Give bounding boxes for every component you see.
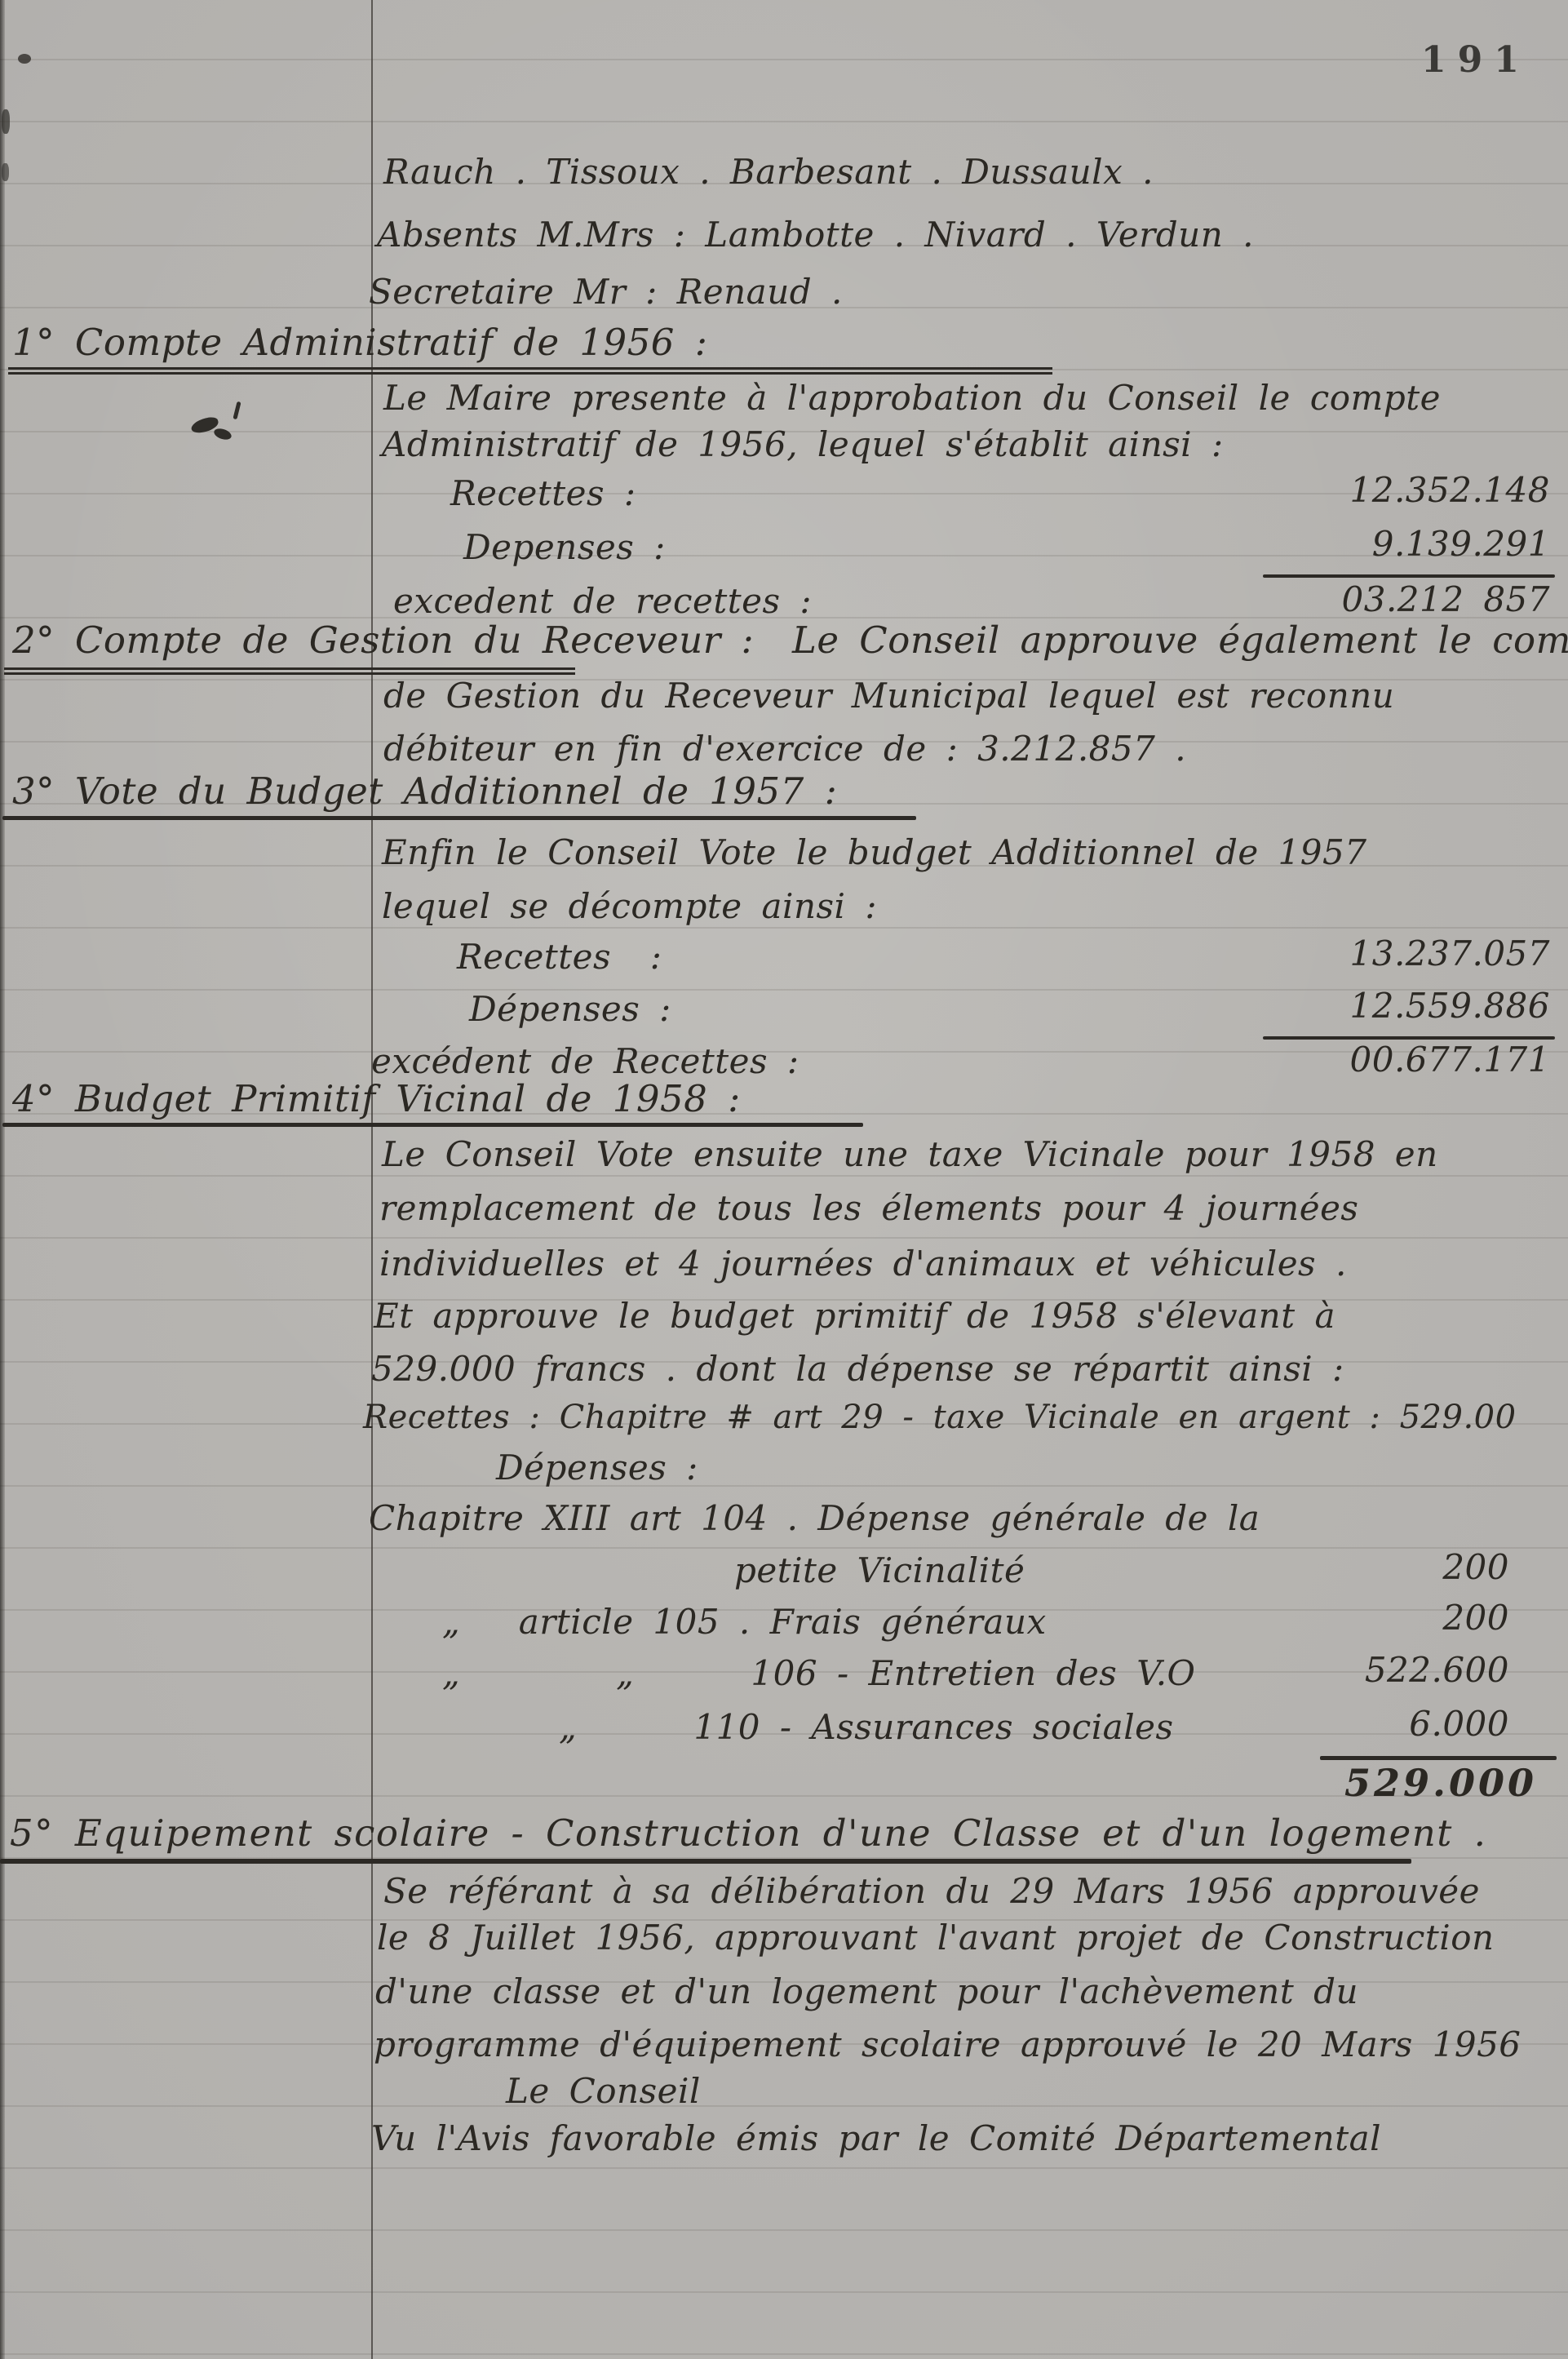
section-4-line: Le Conseil Vote ensuite une taxe Vicinal… xyxy=(382,1136,1438,1173)
ink-mark xyxy=(233,401,241,420)
section-2-heading: 2° Compte de Gestion du Receveur : Le Co… xyxy=(12,620,1568,661)
section-4-line: Et approuve le budget primitif de 1958 s… xyxy=(374,1297,1335,1335)
s4-recettes-line: Recettes : Chapitre # art 29 - taxe Vici… xyxy=(363,1399,1517,1435)
section-5-line: Se référant à sa délibération du 29 Mars… xyxy=(383,1873,1480,1910)
section-5-line: Vu l'Avis favorable émis par le Comité D… xyxy=(371,2120,1381,2157)
section-3-line: lequel se décompte ainsi : xyxy=(382,888,877,925)
s4-row-entretien: „ „ 106 - Entretien des V.O xyxy=(442,1655,1196,1692)
section-2-heading-title: 2° Compte de Gestion du Receveur : xyxy=(12,619,754,662)
section-2-heading-continuation: Le Conseil approuve également le compte xyxy=(792,619,1568,662)
page-number: 191 xyxy=(1421,41,1530,80)
s4-total-value: 529.000 xyxy=(1344,1763,1537,1804)
s4-row-frais-generaux: „ article 105 . Frais généraux xyxy=(442,1603,1047,1641)
section-5-line: Le Conseil xyxy=(506,2073,701,2110)
s1-depenses-value: 9.139.291 xyxy=(1248,525,1550,563)
ledger-page: 191 Rauch . Tissoux . Barbesant . Dussau… xyxy=(0,0,1568,2359)
section-4-line: individuelles et 4 journées d'animaux et… xyxy=(379,1245,1347,1283)
section-1-underline xyxy=(8,367,1052,375)
s3-recettes-label: Recettes : xyxy=(457,938,662,976)
section-5-underline xyxy=(0,1859,1411,1864)
s4-value: 6.000 xyxy=(1256,1705,1509,1743)
secretary-line: Secretaire Mr : Renaud . xyxy=(369,273,843,311)
present-members-line: Rauch . Tissoux . Barbesant . Dussaulx . xyxy=(383,153,1154,191)
section-5-heading: 5° Equipement scolaire - Construction d'… xyxy=(10,1813,1486,1854)
section-4-underline xyxy=(2,1123,863,1127)
section-5-line: programme d'équipement scolaire approuvé… xyxy=(374,2026,1521,2064)
s4-value: 200 xyxy=(1256,1599,1509,1637)
s3-recettes-value: 13.237.057 xyxy=(1248,935,1550,973)
s1-recettes-label: Recettes : xyxy=(450,475,636,512)
section-2-line: débiteur en fin d'exercice de : 3.212.85… xyxy=(383,730,1186,768)
s4-total-line xyxy=(1320,1756,1557,1760)
s4-depenses-label: Dépenses : xyxy=(496,1449,698,1487)
ink-smudge xyxy=(2,109,10,134)
s1-excedent-value: 03.212 857 xyxy=(1248,581,1550,619)
s4-value: 200 xyxy=(1256,1549,1509,1586)
section-2-underline xyxy=(4,667,575,675)
section-4-heading: 4° Budget Primitif Vicinal de 1958 : xyxy=(12,1079,741,1120)
s3-depenses-label: Dépenses : xyxy=(469,991,671,1028)
s3-excedent-value: 00.677.171 xyxy=(1248,1041,1550,1079)
section-1-line: Le Maire presente à l'approbation du Con… xyxy=(383,379,1441,417)
section-2-line: de Gestion du Receveur Municipal lequel … xyxy=(383,677,1394,715)
s4-value: 522.600 xyxy=(1256,1652,1509,1689)
section-3-underline xyxy=(2,816,916,820)
s4-row-assurances: „ 110 - Assurances sociales xyxy=(559,1709,1174,1746)
section-5-line: le 8 Juillet 1956, approuvant l'avant pr… xyxy=(377,1919,1495,1957)
section-3-line: Enfin le Conseil Vote le budget Addition… xyxy=(382,834,1366,871)
section-1-heading: 1° Compte Administratif de 1956 : xyxy=(12,322,707,363)
section-3-heading: 3° Vote du Budget Additionnel de 1957 : xyxy=(12,771,837,812)
s4-row-petite-vicinalite: petite Vicinalité xyxy=(734,1552,1025,1590)
s1-depenses-label: Depenses : xyxy=(463,529,666,566)
ink-smudge xyxy=(2,163,9,181)
section-1-line: Administratif de 1956, lequel s'établit … xyxy=(382,426,1224,463)
s1-recettes-value: 12.352.148 xyxy=(1248,472,1550,509)
s1-sum-line xyxy=(1263,574,1555,578)
s3-excedent-label: excédent de Recettes : xyxy=(371,1043,800,1080)
s3-depenses-value: 12.559.886 xyxy=(1248,987,1550,1025)
section-5-line: d'une classe et d'un logement pour l'ach… xyxy=(375,1973,1358,2011)
s4-row-chapitre: Chapitre XIII art 104 . Dépense générale… xyxy=(369,1500,1260,1537)
absent-members-line: Absents M.Mrs : Lambotte . Nivard . Verd… xyxy=(377,216,1254,254)
scan-left-edge xyxy=(0,0,5,2359)
ink-mark xyxy=(213,427,233,441)
section-4-line: remplacement de tous les élements pour 4… xyxy=(379,1190,1359,1227)
ink-smudge xyxy=(18,54,31,64)
s1-excedent-label: excedent de recettes : xyxy=(393,583,812,620)
section-4-line: 529.000 francs . dont la dépense se répa… xyxy=(371,1350,1344,1388)
